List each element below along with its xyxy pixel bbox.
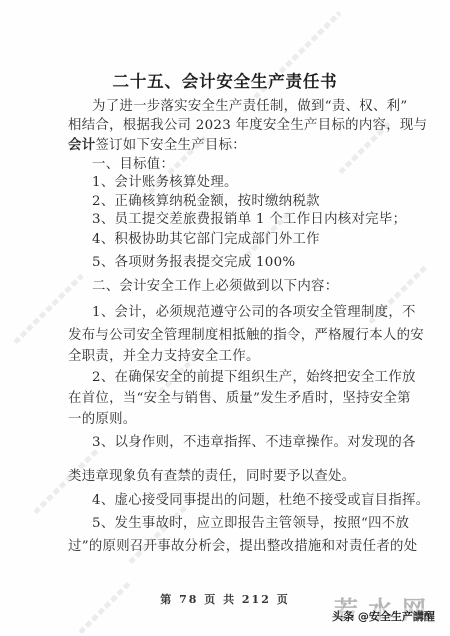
document-page: 二十五、会计安全生产责任书 为了进一步落实安全生产责任制，做到“责、权、利” 相…	[0, 0, 450, 636]
intro-line-3: 会计签订如下安全生产目标：	[68, 137, 388, 154]
paragraph-line: 4、虚心接受同事提出的问题，杜绝不接受或盲目指挥。	[92, 493, 388, 509]
diagonal-watermark	[78, 581, 131, 634]
paragraph-line: 1、会计，必须规范遵守公司的各项安全管理制度，不	[92, 305, 388, 321]
intro-line-3-rest: 签订如下安全生产目标：	[95, 138, 246, 153]
paragraph-line: 5、发生事故时，应立即报告主管领导，按照“四不放	[92, 516, 388, 532]
intro-line-1: 为了进一步落实安全生产责任制，做到“责、权、利”	[92, 99, 388, 115]
corner-watermark: 若水网 头条 @安全生产講醒	[330, 590, 442, 630]
target-item: 2、正确核算纳税金额，按时缴纳税款	[92, 194, 388, 210]
target-item: 1、会计账务核算处理。	[92, 175, 388, 191]
paragraph-line: 3、以身作则，不违章指挥、不违章操作。对发现的各	[92, 435, 388, 451]
section2-heading: 二、会计安全工作上必须做到以下内容：	[92, 279, 388, 295]
paragraph-line: 在首位，当“安全与销售、质量”发生矛盾时，坚持安全第	[68, 391, 388, 407]
target-item: 4、积极协助其它部门完成部门外工作	[92, 232, 388, 248]
paragraph-line: 全职责，并全力支持安全工作。	[68, 349, 388, 365]
target-item: 5、各项财务报表提交完成 100%	[92, 255, 388, 271]
role-name: 会计	[68, 137, 95, 153]
target-item: 3、员工提交差旅费报销单 1 个工作日内核对完毕；	[92, 212, 388, 228]
document-title: 二十五、会计安全生产责任书	[0, 68, 450, 92]
paragraph-line: 一的原则。	[68, 412, 388, 428]
paragraph-line: 发布与公司安全管理制度相抵触的指令，严格履行本人的安	[68, 328, 388, 344]
paragraph-line: 类违章现象负有查禁的责任，同时要予以查处。	[68, 469, 388, 485]
paragraph-line: 2、在确保安全的前提下组织生产，始终把安全工作放	[92, 370, 388, 386]
paragraph-line: 过”的原则召开事故分析会，提出整改措施和对责任者的处	[68, 539, 388, 555]
section1-heading: 一、目标值：	[92, 157, 388, 173]
intro-line-2: 相结合，根据我公司 2023 年度安全生产目标的内容，现与	[68, 118, 388, 134]
author-watermark: 头条 @安全生产講醒	[332, 608, 435, 624]
diagonal-watermark	[128, 504, 188, 564]
